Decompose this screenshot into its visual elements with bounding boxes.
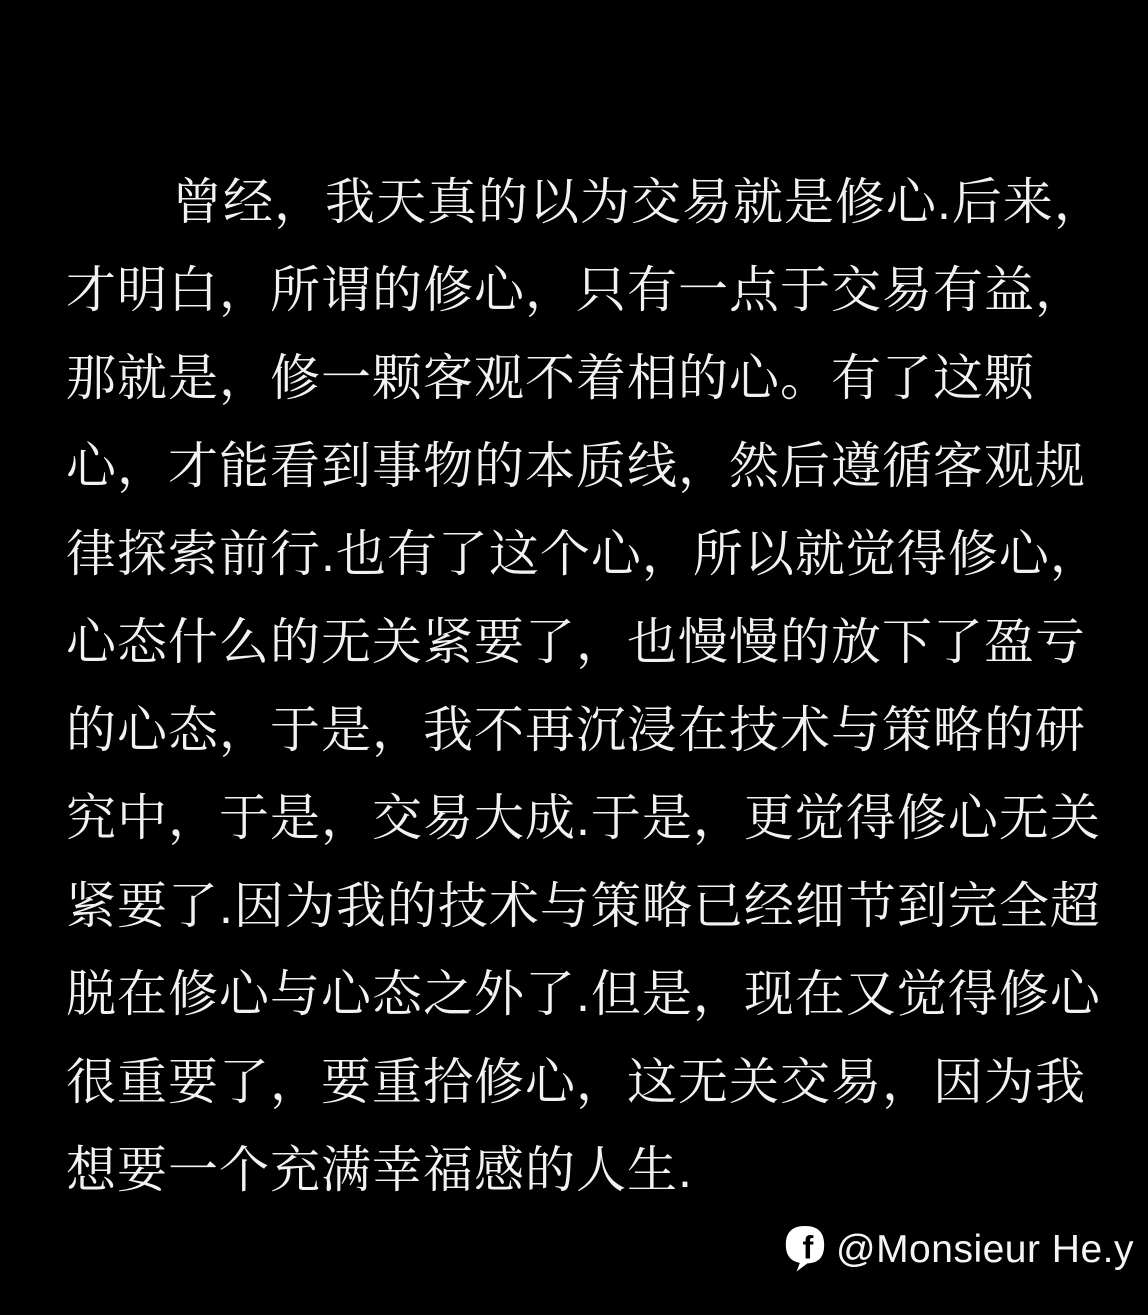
text-line: 的心态，于是，我不再沉浸在技术与策略的研	[66, 686, 1116, 774]
text-line: 那就是，修一颗客观不着相的心。有了这颗	[66, 334, 1116, 422]
facebook-handle: @Monsieur He.y	[836, 1224, 1134, 1276]
text-line: 想要一个充满幸福感的人生.	[66, 1126, 1116, 1214]
text-line: 心，才能看到事物的本质线，然后遵循客观规	[66, 422, 1116, 510]
footer-credit: f @Monsieur He.y	[782, 1224, 1134, 1276]
text-line: 紧要了.因为我的技术与策略已经细节到完全超	[66, 862, 1116, 950]
text-line: 究中，于是，交易大成.于是，更觉得修心无关	[66, 774, 1116, 862]
text-line: 心态什么的无关紧要了，也慢慢的放下了盈亏	[66, 598, 1116, 686]
text-line: 曾经，我天真的以为交易就是修心.后来，	[66, 158, 1116, 246]
facebook-icon: f	[782, 1224, 828, 1276]
quote-card: 曾经，我天真的以为交易就是修心.后来， 才明白，所谓的修心，只有一点于交易有益，…	[0, 0, 1148, 1315]
text-line: 才明白，所谓的修心，只有一点于交易有益，	[66, 246, 1116, 334]
svg-text:f: f	[802, 1230, 813, 1266]
post-text: 曾经，我天真的以为交易就是修心.后来， 才明白，所谓的修心，只有一点于交易有益，…	[66, 158, 1116, 1214]
text-line: 脱在修心与心态之外了.但是，现在又觉得修心	[66, 950, 1116, 1038]
text-line: 律探索前行.也有了这个心，所以就觉得修心，	[66, 510, 1116, 598]
text-line: 很重要了，要重拾修心，这无关交易，因为我	[66, 1038, 1116, 1126]
